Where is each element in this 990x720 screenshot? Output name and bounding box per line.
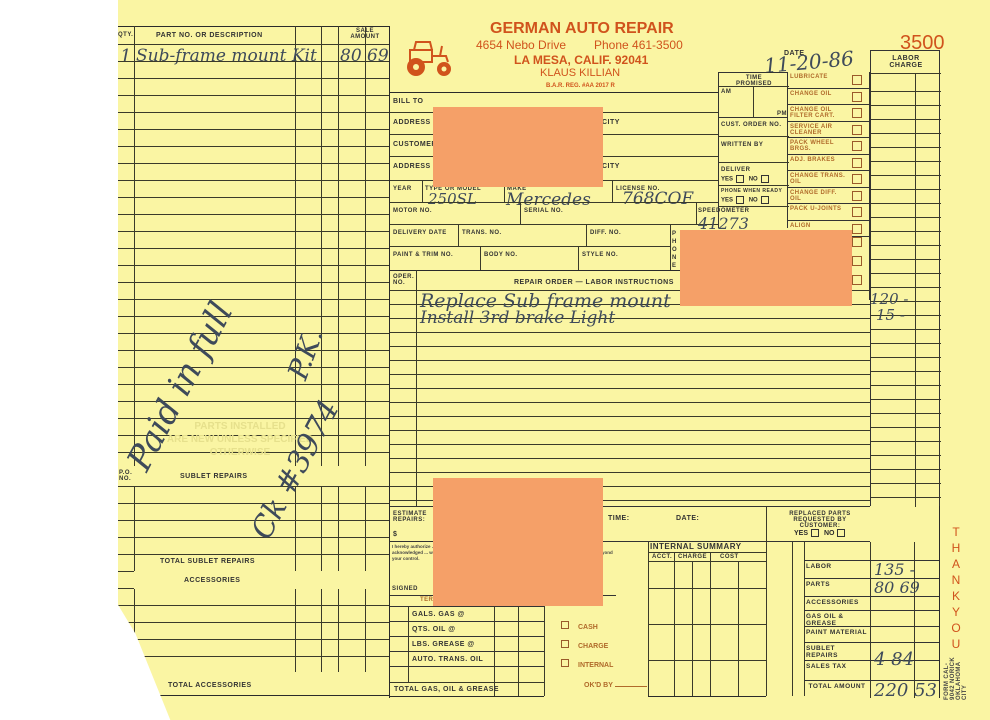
customer-label: CUSTOMER	[393, 141, 437, 148]
deliver-options: YES NO	[721, 175, 772, 183]
totals-label: ACCESSORIES	[806, 600, 868, 607]
business-city: LA MESA, CALIF. 92041	[514, 53, 648, 67]
total-gas-oil-grease-label: TOTAL GAS, OIL & GREASE	[394, 686, 499, 693]
ruled-line	[118, 197, 389, 198]
totals-value: 135 -	[874, 562, 915, 578]
ruled-line	[871, 469, 941, 470]
service-checkbox[interactable]	[852, 191, 862, 201]
ruled-line	[871, 91, 941, 92]
ruled-line	[871, 287, 941, 288]
payment-checkbox[interactable]	[561, 659, 569, 667]
payment-option-charge: CHARGE	[558, 635, 608, 653]
ruled-line	[871, 189, 941, 190]
service-label: CHANGE DIFF. OIL	[790, 190, 848, 203]
labor-charge-column: LABOR CHARGE	[870, 50, 940, 506]
labor-charge-2: 15 -	[876, 308, 905, 323]
service-row: ADJ. BRAKES	[788, 155, 870, 172]
estimate-dollar: $	[393, 531, 397, 538]
service-checkbox[interactable]	[852, 141, 862, 151]
ruled-line	[118, 639, 389, 640]
company-header: GERMAN AUTO REPAIR 4654 Nebo Drive Phone…	[390, 0, 720, 92]
service-checkbox[interactable]	[852, 158, 862, 168]
trans-no-label: TRANS. NO.	[462, 230, 502, 236]
ruled-line	[871, 273, 941, 274]
estimate-label: ESTIMATE REPAIRS:	[393, 511, 433, 523]
service-checkbox[interactable]	[852, 256, 862, 266]
fluids-section: GALS. GAS @QTS. OIL @LBS. GREASE @AUTO. …	[390, 606, 544, 696]
city2-label: CITY	[602, 163, 620, 170]
signed-label: SIGNED	[392, 586, 418, 592]
ruled-line	[118, 214, 389, 215]
payment-checkbox[interactable]	[561, 640, 569, 648]
ruled-line	[871, 371, 941, 372]
service-checkbox[interactable]	[852, 125, 862, 135]
ruled-line	[118, 350, 389, 351]
phone-ready-options: YES NO	[721, 196, 772, 204]
business-name: GERMAN AUTO REPAIR	[490, 20, 674, 38]
time-promised-box: TIME PROMISED AM PM	[718, 72, 788, 118]
labor-charge-1: 120 -	[870, 292, 908, 307]
written-by-label: WRITTEN BY	[721, 142, 763, 148]
ruled-line	[871, 357, 941, 358]
totals-label: LABOR	[806, 564, 868, 571]
acct-column-header: ACCT.	[652, 554, 672, 560]
labor-line-2: Install 3rd brake Light	[420, 310, 615, 327]
service-row: CHANGE OIL	[788, 89, 870, 106]
bar-registration: B.A.R. REG. #AA 2017 R	[546, 83, 615, 89]
phone-ready-yes-checkbox[interactable]	[736, 196, 744, 204]
sublet-repairs-label: SUBLET REPAIRS	[180, 473, 248, 480]
totals-row: SALES TAX4 84	[804, 660, 939, 680]
internal-summary-title: INTERNAL SUMMARY	[650, 543, 742, 551]
ruled-line	[871, 399, 941, 400]
ruled-line	[390, 458, 870, 459]
fluid-row: LBS. GREASE @	[390, 636, 544, 651]
ruled-line	[118, 537, 389, 538]
service-label: CHANGE OIL FILTER CART.	[790, 107, 848, 120]
vehicle-make: Mercedes	[506, 192, 591, 209]
deliver-no-checkbox[interactable]	[761, 175, 769, 183]
sale-amount-header: SALE AMOUNT	[342, 28, 388, 40]
ruled-line	[871, 175, 941, 176]
payment-option-label: INTERNAL	[578, 662, 613, 669]
ruled-line	[390, 360, 870, 361]
cost-column-header: COST	[720, 554, 739, 560]
business-phone: Phone 461-3500	[594, 38, 683, 52]
ruled-line	[871, 441, 941, 442]
phone-ready-no-checkbox[interactable]	[761, 196, 769, 204]
oper-no-label: OPER. NO.	[393, 274, 413, 286]
ruled-line	[118, 231, 389, 232]
ruled-line	[390, 402, 870, 403]
ruled-line	[390, 374, 870, 375]
totals-section: LABOR135 -PARTS80 69ACCESSORIESGAS OIL &…	[766, 542, 940, 698]
service-checkbox[interactable]	[852, 207, 862, 217]
replaced-parts-options: YES NO	[794, 529, 848, 537]
service-checkbox[interactable]	[852, 174, 862, 184]
ruled-line	[871, 105, 941, 106]
service-row: LUBRICATE	[788, 72, 870, 89]
ruled-line	[390, 444, 870, 445]
labor-instructions-label: REPAIR ORDER — LABOR INSTRUCTIONS	[514, 279, 674, 286]
payment-checkbox[interactable]	[561, 621, 569, 629]
redaction-signature-area	[433, 478, 603, 606]
delivery-date-label: DELIVERY DATE	[393, 230, 447, 236]
ruled-line	[871, 427, 941, 428]
ruled-line	[118, 486, 389, 487]
totals-value: 4 84	[874, 651, 914, 669]
ruled-line	[118, 248, 389, 249]
service-checkbox[interactable]	[852, 92, 862, 102]
ruled-line	[118, 44, 389, 45]
service-label: ADJ. BRAKES	[790, 157, 848, 163]
service-row: PACK U-JOINTS	[788, 204, 870, 221]
ruled-line	[871, 329, 941, 330]
paint-trim-label: PAINT & TRIM NO.	[393, 252, 453, 258]
service-row: CHANGE DIFF. OIL	[788, 188, 870, 205]
redaction-phone-info	[680, 230, 852, 306]
replaced-parts-label: REPLACED PARTS REQUESTED BY CUSTOMER:	[772, 511, 868, 529]
ruled-line	[871, 483, 941, 484]
part-amount: 80 69	[340, 48, 389, 65]
totals-row: PARTS80 69	[804, 578, 939, 596]
replaced-yes-checkbox[interactable]	[811, 529, 819, 537]
ruled-line	[118, 180, 389, 181]
ruled-line	[871, 245, 941, 246]
ruled-line	[871, 147, 941, 148]
service-label: LUBRICATE	[790, 74, 848, 80]
po-label: P.O. NO.	[119, 470, 133, 482]
service-label: ALIGN	[790, 223, 848, 229]
service-checkbox[interactable]	[852, 75, 862, 85]
fluid-row: QTS. OIL @	[390, 621, 544, 636]
service-row: PACK WHEEL BRGS.	[788, 138, 870, 155]
ruled-line	[871, 497, 941, 498]
body-no-label: BODY NO.	[484, 252, 518, 258]
ruled-line	[118, 163, 389, 164]
ruled-line	[390, 472, 870, 473]
totals-row: ACCESSORIES	[804, 596, 939, 610]
address2-label: ADDRESS	[393, 163, 431, 170]
totals-row: SUBLET REPAIRS	[804, 642, 939, 660]
qty-header: QTY.	[118, 32, 133, 38]
payment-option-label: CASH	[578, 624, 598, 631]
ruled-line	[118, 554, 389, 555]
ruled-line	[390, 388, 870, 389]
business-owner: KLAUS KILLIAN	[540, 67, 620, 79]
ruled-line	[118, 333, 389, 334]
parts-section: QTY. PART NO. OR DESCRIPTION SALE AMOUNT…	[118, 26, 390, 698]
replaced-no-checkbox[interactable]	[837, 529, 845, 537]
city-label: CITY	[602, 119, 620, 126]
service-label: CHANGE TRANS. OIL	[790, 173, 848, 186]
payment-option-internal: INTERNAL	[558, 654, 613, 672]
antique-car-icon	[400, 38, 456, 78]
pm-label: PM	[777, 111, 787, 117]
thank-you-text: THANK YOU	[950, 524, 962, 652]
ruled-line	[118, 622, 389, 623]
totals-label: PARTS	[806, 582, 868, 589]
phone-vertical-label: PHONE	[672, 230, 678, 270]
totals-row: PAINT MATERIAL	[804, 626, 939, 642]
cust-order-label: CUST. ORDER NO.	[721, 122, 782, 128]
bill-to-label: BILL TO	[393, 98, 423, 105]
totals-value: 80 69	[874, 580, 920, 596]
ruled-line	[118, 129, 389, 130]
am-label: AM	[721, 89, 731, 95]
service-label: SERVICE AIR CLEANER	[790, 124, 848, 137]
ruled-line	[118, 146, 389, 147]
year-label: YEAR	[393, 186, 412, 192]
fluid-label: LBS. GREASE @	[412, 641, 475, 648]
deliver-yes-checkbox[interactable]	[736, 175, 744, 183]
service-row: CHANGE OIL FILTER CART.	[788, 105, 870, 122]
ruled-line	[118, 95, 389, 96]
ruled-line	[871, 413, 941, 414]
ruled-line	[871, 217, 941, 218]
ruled-line	[871, 259, 941, 260]
ruled-line	[871, 385, 941, 386]
style-no-label: STYLE NO.	[582, 252, 618, 258]
totals-row: TOTAL AMOUNT220 53	[804, 680, 939, 700]
service-label: CHANGE OIL	[790, 91, 848, 97]
ruled-line	[871, 343, 941, 344]
ruled-line	[390, 430, 870, 431]
estimate-date-label: DATE:	[676, 515, 699, 522]
vehicle-license: 768COF	[622, 191, 693, 208]
time-label: TIME:	[608, 515, 630, 522]
ruled-line	[118, 265, 389, 266]
redaction-customer-info	[433, 107, 603, 187]
ruled-line	[871, 231, 941, 232]
internal-summary: INTERNAL SUMMARY ACCT. CHARGE COST	[648, 542, 766, 696]
repair-invoice-document: QTY. PART NO. OR DESCRIPTION SALE AMOUNT…	[118, 0, 990, 720]
service-checkbox[interactable]	[852, 224, 862, 234]
totals-value: 220 53	[874, 682, 937, 700]
fluid-row: GALS. GAS @	[390, 606, 544, 621]
ruled-line	[871, 203, 941, 204]
payment-option-label: CHARGE	[578, 643, 608, 650]
ruled-line	[118, 282, 389, 283]
ruled-line	[118, 299, 389, 300]
ruled-line	[118, 367, 389, 368]
okd-by-field: OK'D BY	[584, 682, 647, 689]
fluid-row: AUTO. TRANS. OIL	[390, 651, 544, 666]
ruled-line	[871, 161, 941, 162]
address-label: ADDRESS	[393, 119, 431, 126]
payment-option-cash: CASH	[558, 616, 598, 634]
deliver-label: DELIVER	[721, 167, 751, 173]
fluid-label: GALS. GAS @	[412, 611, 465, 618]
payment-section: CASHCHARGEINTERNAL OK'D BY	[544, 606, 648, 696]
business-address: 4654 Nebo Drive	[476, 38, 566, 52]
charge-column-header: CHARGE	[678, 554, 707, 560]
phone-when-ready-label: PHONE WHEN READY	[721, 189, 782, 194]
service-row: CHANGE TRANS. OIL	[788, 171, 870, 188]
accessories-label: ACCESSORIES	[184, 577, 240, 584]
ruled-line	[118, 112, 389, 113]
service-label: PACK U-JOINTS	[790, 206, 848, 212]
ruled-line	[118, 316, 389, 317]
fluid-row	[390, 666, 544, 681]
totals-row: GAS OIL & GREASE	[804, 610, 939, 626]
part-qty: 1	[120, 48, 131, 66]
service-label: PACK WHEEL BRGS.	[790, 140, 848, 153]
ruled-line	[390, 416, 870, 417]
ruled-line	[871, 133, 941, 134]
fluid-label: QTS. OIL @	[412, 626, 456, 633]
form-code: FORM CAL-9042 NORICK OKLAHOMA CITY	[944, 654, 968, 700]
ruled-line	[118, 503, 389, 504]
fluid-label: AUTO. TRANS. OIL	[412, 656, 483, 663]
totals-label: SUBLET REPAIRS	[806, 646, 868, 659]
service-checkbox[interactable]	[852, 237, 862, 247]
totals-label: SALES TAX	[806, 664, 868, 671]
labor-charge-header: LABOR CHARGE	[883, 55, 929, 69]
part-description: Sub-frame mount Kit	[136, 48, 317, 65]
serial-label: SERIAL NO.	[524, 208, 563, 214]
accessories-header-row: ACCESSORIES	[134, 571, 389, 589]
ruled-line	[390, 346, 870, 347]
totals-row: LABOR135 -	[804, 560, 939, 578]
service-row: SERVICE AIR CLEANER	[788, 122, 870, 139]
total-accessories-label: TOTAL ACCESSORIES	[168, 682, 252, 689]
vehicle-model: 250SL	[428, 192, 477, 207]
description-header: PART NO. OR DESCRIPTION	[156, 32, 263, 39]
totals-label: PAINT MATERIAL	[806, 630, 868, 637]
ruled-line	[118, 61, 389, 62]
ruled-line	[118, 78, 389, 79]
ruled-line	[118, 605, 389, 606]
motor-label: MOTOR NO.	[393, 208, 432, 214]
ruled-line	[871, 119, 941, 120]
ruled-line	[390, 332, 870, 333]
ruled-line	[871, 455, 941, 456]
totals-label: TOTAL AMOUNT	[806, 684, 868, 691]
total-sublet-label: TOTAL SUBLET REPAIRS	[160, 558, 255, 565]
diff-no-label: DIFF. NO.	[590, 230, 621, 236]
service-checkbox[interactable]	[852, 108, 862, 118]
ruled-line	[118, 656, 389, 657]
